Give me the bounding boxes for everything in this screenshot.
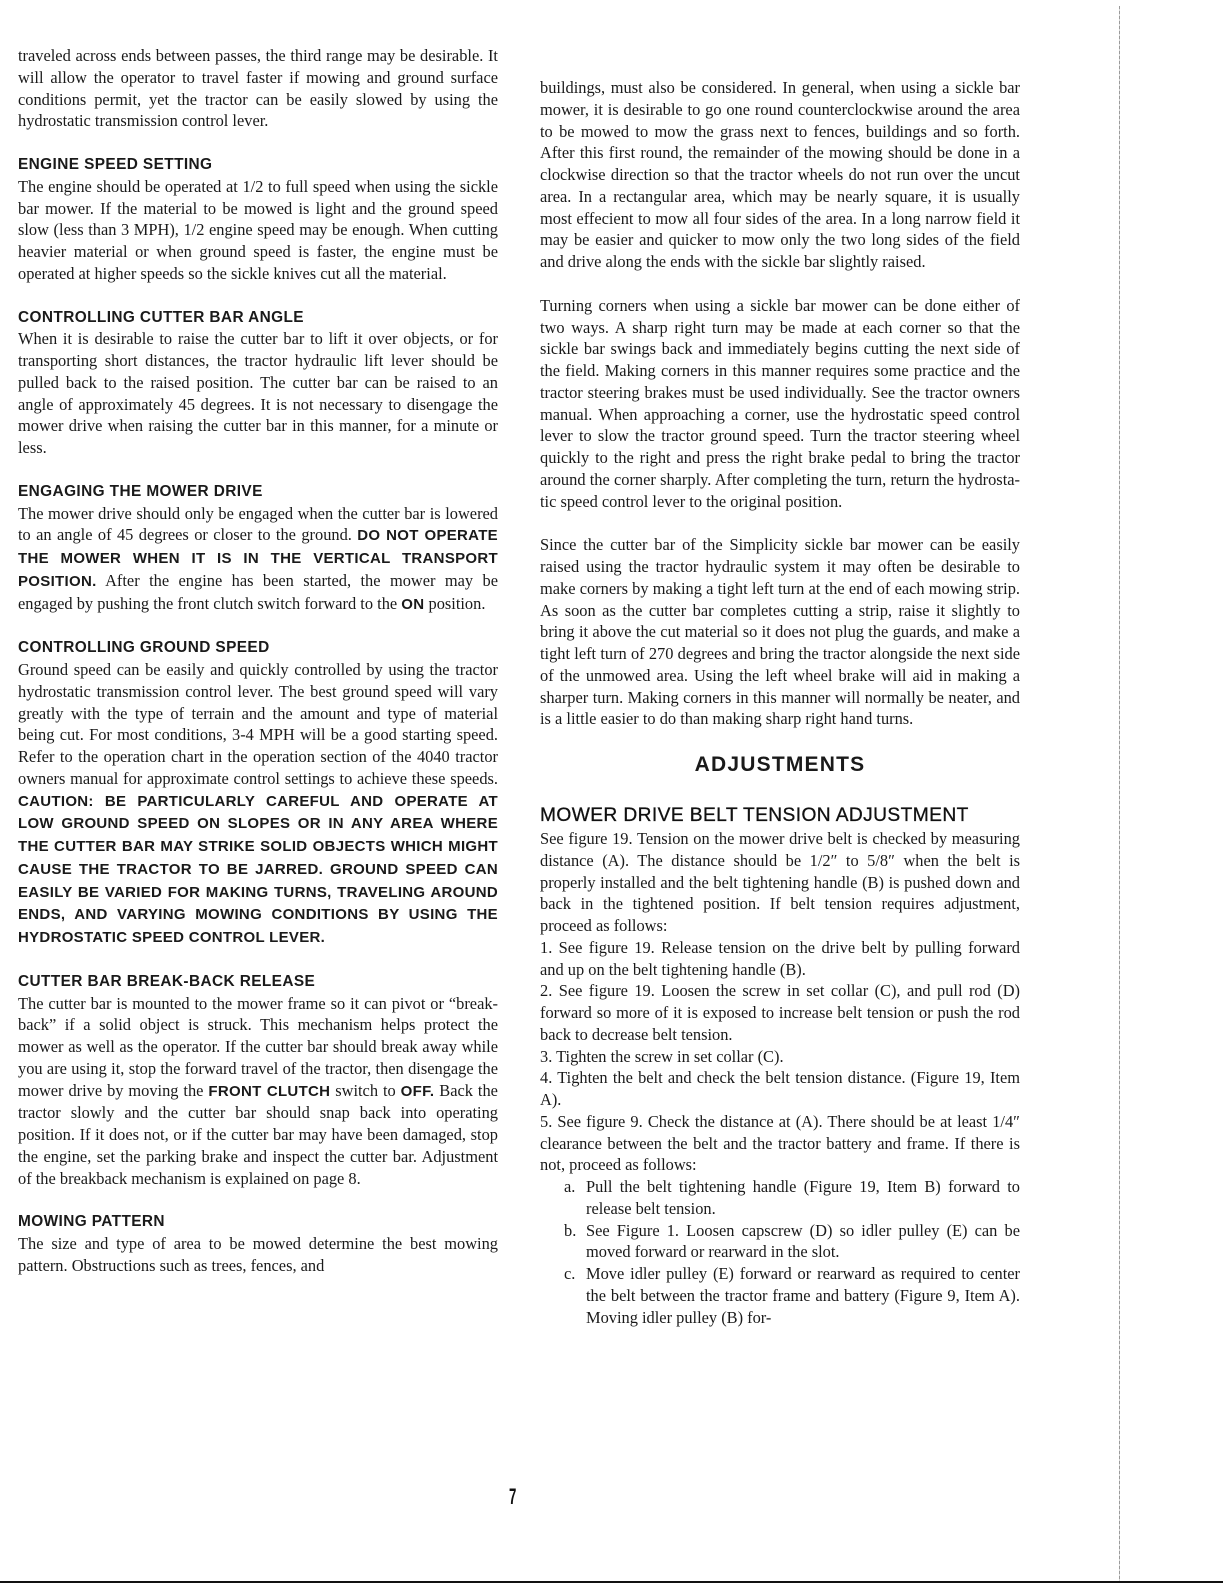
heading-controlling-ground-speed: CONTROLLING GROUND SPEED (18, 637, 498, 659)
substep-marker: a. (564, 1176, 575, 1198)
heading-controlling-cutter-bar-angle: CONTROLLING CUTTER BAR ANGLE (18, 307, 498, 329)
substep-text: Pull the belt tightening handle (Figure … (586, 1177, 1020, 1218)
mowing-pattern-paragraph: The size and type of area to be mowed de… (18, 1233, 498, 1277)
section-mowing-pattern-continued: buildings, must also be considered. In g… (540, 77, 1020, 273)
engaging-drive-text-end: position. (429, 594, 486, 613)
manual-page: traveled across ends between passes, the… (0, 0, 1223, 1583)
substep-text: Move idler pulley (E) forward or rearwar… (586, 1264, 1020, 1327)
heading-adjustments: ADJUSTMENTS (540, 752, 1020, 778)
engaging-drive-paragraph: The mower drive should only be engaged w… (18, 503, 498, 616)
adjustment-step-5: 5. See figure 9. Check the distance at (… (540, 1111, 1020, 1176)
substep-marker: c. (564, 1263, 575, 1285)
adjustment-step-1: 1. See figure 19. Release tension on the… (540, 937, 1020, 981)
substep-marker: b. (564, 1220, 576, 1242)
adjustment-substep-c: c. Move idler pulley (E) forward or rear… (540, 1263, 1020, 1328)
front-clutch-label: FRONT CLUTCH (208, 1083, 330, 1100)
break-back-paragraph: The cutter bar is mounted to the mower f… (18, 993, 498, 1190)
heading-cutter-bar-break-back-release: CUTTER BAR BREAK-BACK RELEASE (18, 971, 498, 993)
substep-text: See Figure 1. Loosen capscrew (D) so idl… (586, 1221, 1020, 1262)
adjustment-step-2: 2. See figure 19. Loosen the screw in se… (540, 980, 1020, 1045)
break-back-switch-text: switch to (335, 1081, 395, 1100)
section-turning-corners: Turning corners when using a sickle bar … (540, 295, 1020, 513)
on-label: ON (401, 596, 424, 613)
heading-engine-speed-setting: ENGINE SPEED SETTING (18, 154, 498, 176)
mowing-pattern-continued-paragraph: buildings, must also be considered. In g… (540, 77, 1020, 273)
adjustment-substeps: a. Pull the belt tightening handle (Figu… (540, 1176, 1020, 1328)
adjustment-substep-b: b. See Figure 1. Loosen capscrew (D) so … (540, 1220, 1020, 1264)
adjustment-step-4: 4. Tighten the belt and check the belt t… (540, 1067, 1020, 1111)
ground-speed-caution: CAUTION: BE PARTICULARLY CAREFUL AND OPE… (18, 793, 498, 947)
section-engine-speed-setting: ENGINE SPEED SETTING The engine should b… (18, 154, 498, 285)
turning-corners-paragraph: Turning corners when using a sickle bar … (540, 295, 1020, 513)
off-label: OFF. (401, 1083, 435, 1100)
section-controlling-ground-speed: CONTROLLING GROUND SPEED Ground speed ca… (18, 637, 498, 949)
section-controlling-cutter-bar-angle: CONTROLLING CUTTER BAR ANGLE When it is … (18, 307, 498, 459)
cutter-bar-angle-paragraph: When it is desirable to raise the cutter… (18, 328, 498, 459)
adjustment-substep-a: a. Pull the belt tightening handle (Figu… (540, 1176, 1020, 1220)
ground-speed-text: Ground speed can be easily and quickly c… (18, 660, 498, 788)
engine-speed-paragraph: The engine should be operated at 1/2 to … (18, 176, 498, 285)
section-cutter-bar-break-back-release: CUTTER BAR BREAK-BACK RELEASE The cutter… (18, 971, 498, 1190)
intro-paragraph: traveled across ends between passes, the… (18, 45, 498, 132)
ground-speed-paragraph: Ground speed can be easily and quickly c… (18, 659, 498, 949)
belt-tension-intro: See figure 19. Tension on the mower driv… (540, 828, 1020, 937)
adjustment-step-3: 3. Tighten the screw in set collar (C). (540, 1046, 1020, 1068)
section-left-turn-method: Since the cutter bar of the Simplicity s… (540, 534, 1020, 730)
section-intro-continued: traveled across ends between passes, the… (18, 45, 498, 132)
page-number: 7 (509, 1484, 516, 1510)
section-engaging-mower-drive: ENGAGING THE MOWER DRIVE The mower drive… (18, 481, 498, 616)
section-belt-tension-adjustment: MOWER DRIVE BELT TENSION ADJUSTMENT See … (540, 804, 1020, 1328)
right-column: buildings, must also be considered. In g… (540, 77, 1020, 1328)
heading-mowing-pattern: MOWING PATTERN (18, 1211, 498, 1233)
heading-belt-tension-adjustment: MOWER DRIVE BELT TENSION ADJUSTMENT (540, 804, 1020, 828)
heading-engaging-mower-drive: ENGAGING THE MOWER DRIVE (18, 481, 498, 503)
left-column: traveled across ends between passes, the… (18, 45, 498, 1299)
scan-edge-line (1119, 6, 1120, 1583)
section-mowing-pattern: MOWING PATTERN The size and type of area… (18, 1211, 498, 1276)
left-turn-paragraph: Since the cutter bar of the Simplicity s… (540, 534, 1020, 730)
